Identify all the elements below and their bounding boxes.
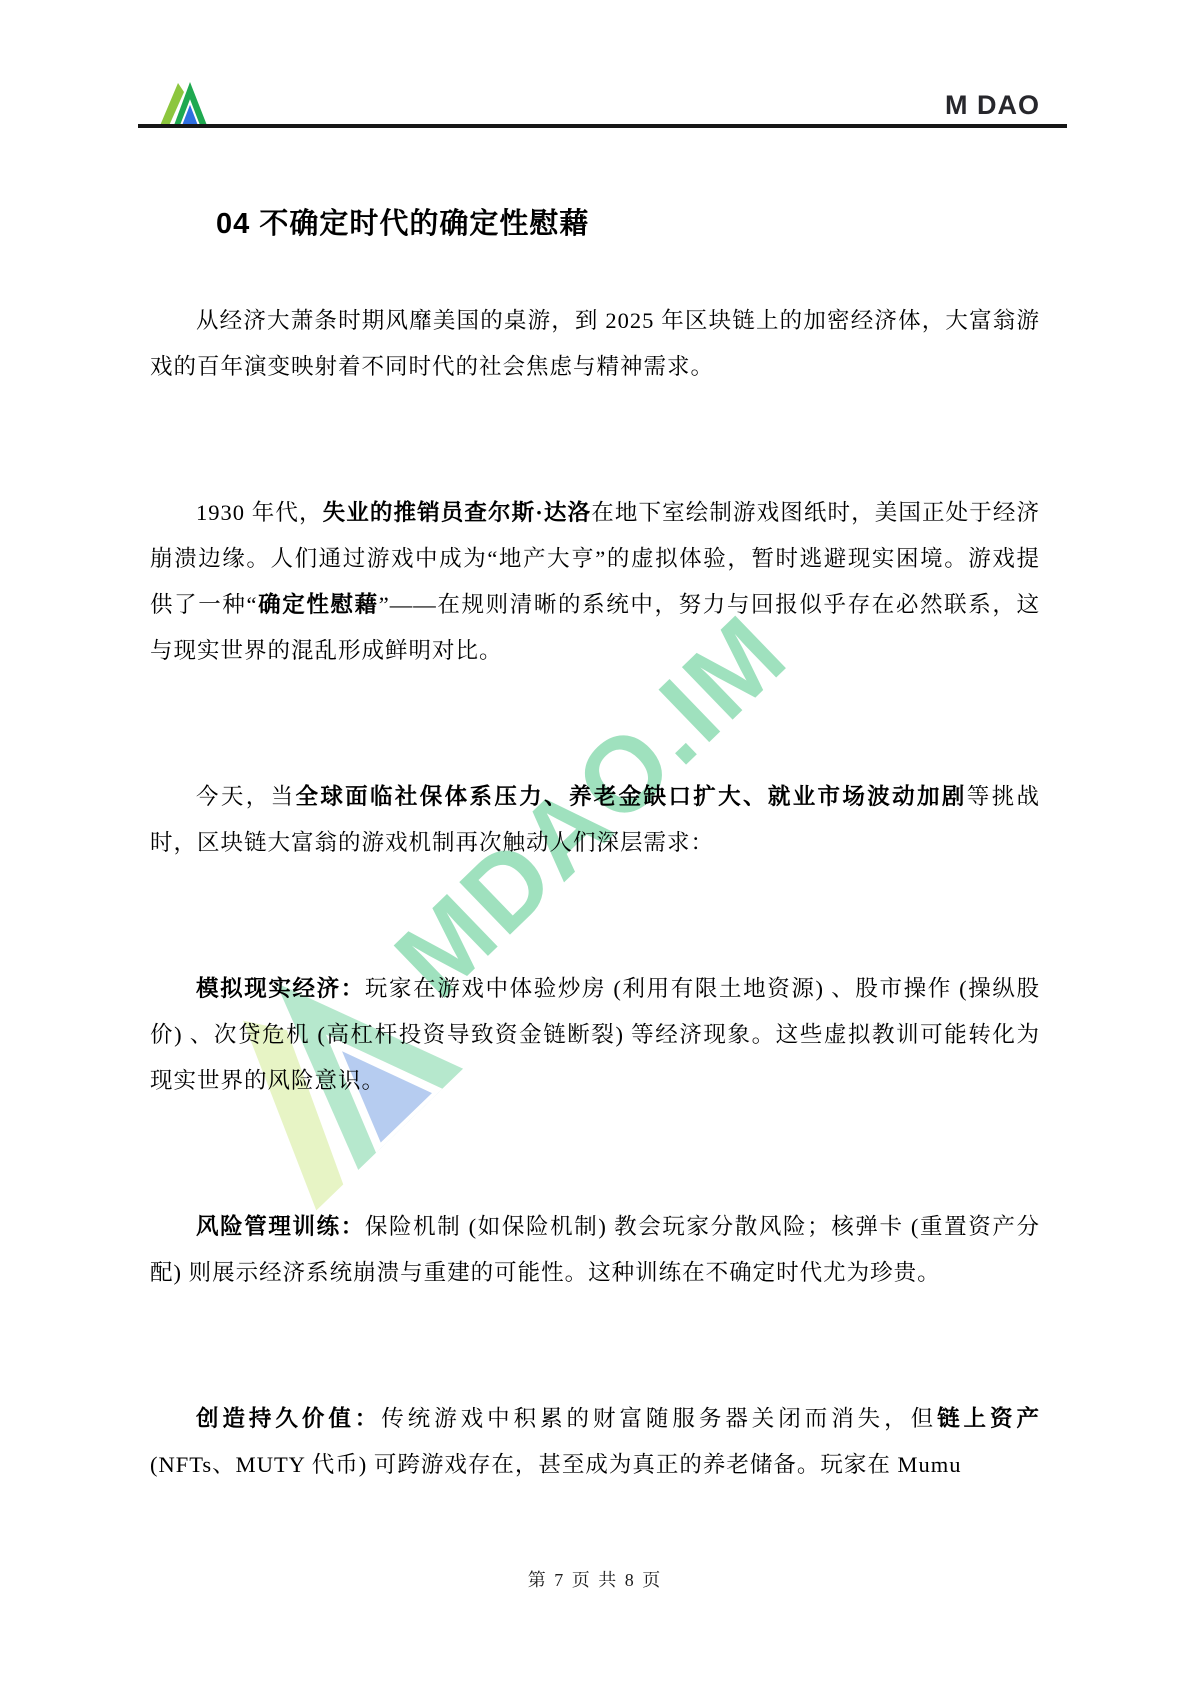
mdao-mountain-logo-icon (150, 80, 212, 128)
page-header: M DAO (0, 0, 1190, 140)
bold-text-run: 失业的推销员查尔斯·达洛 (323, 500, 592, 525)
text-run: 从经济大萧条时期风靡美国的桌游，到 2025 年区块链上的加密经济体，大富翁游戏… (150, 308, 1040, 379)
bold-text-run: 链上资产 (937, 1406, 1040, 1431)
bold-text-run: 模拟现实经济： (196, 976, 365, 1001)
document-content: 04 不确定时代的确定性慰藉 从经济大萧条时期风靡美国的桌游，到 2025 年区… (150, 206, 1040, 1488)
paragraph: 模拟现实经济：玩家在游戏中体验炒房 (利用有限土地资源) 、股市操作 (操纵股价… (150, 966, 1040, 1104)
paragraph: 1930 年代，失业的推销员查尔斯·达洛在地下室绘制游戏图纸时，美国正处于经济崩… (150, 490, 1040, 674)
bold-text-run: 全球面临社保体系压力、养老金缺口扩大、就业市场波动加剧 (295, 784, 966, 809)
text-run: (NFTs、MUTY 代币) 可跨游戏存在，甚至成为真正的养老储备。玩家在 Mu… (150, 1452, 961, 1477)
paragraph: 今天，当全球面临社保体系压力、养老金缺口扩大、就业市场波动加剧等挑战时，区块链大… (150, 774, 1040, 866)
header-divider (138, 124, 1067, 128)
text-run: 传统游戏中积累的财富随服务器关闭而消失，但 (381, 1406, 937, 1431)
page-title: 04 不确定时代的确定性慰藉 (216, 206, 1040, 242)
paragraph: 风险管理训练：保险机制 (如保险机制) 教会玩家分散风险；核弹卡 (重置资产分配… (150, 1204, 1040, 1296)
brand-text: M DAO (945, 90, 1040, 121)
text-run: 今天，当 (196, 784, 295, 809)
paragraph: 从经济大萧条时期风靡美国的桌游，到 2025 年区块链上的加密经济体，大富翁游戏… (150, 298, 1040, 390)
page-number: 第 7 页 共 8 页 (528, 1570, 663, 1590)
text-run: 1930 年代， (196, 500, 323, 525)
document-page: { "header": { "brand": "M DAO", "logo": … (0, 0, 1190, 1683)
bold-text-run: 风险管理训练： (196, 1214, 365, 1239)
paragraph: 创造持久价值：传统游戏中积累的财富随服务器关闭而消失，但链上资产 (NFTs、M… (150, 1396, 1040, 1488)
bold-text-run: 创造持久价值： (196, 1406, 381, 1431)
page-footer: 第 7 页 共 8 页 (0, 1566, 1190, 1592)
bold-text-run: 确定性慰藉 (258, 592, 379, 617)
